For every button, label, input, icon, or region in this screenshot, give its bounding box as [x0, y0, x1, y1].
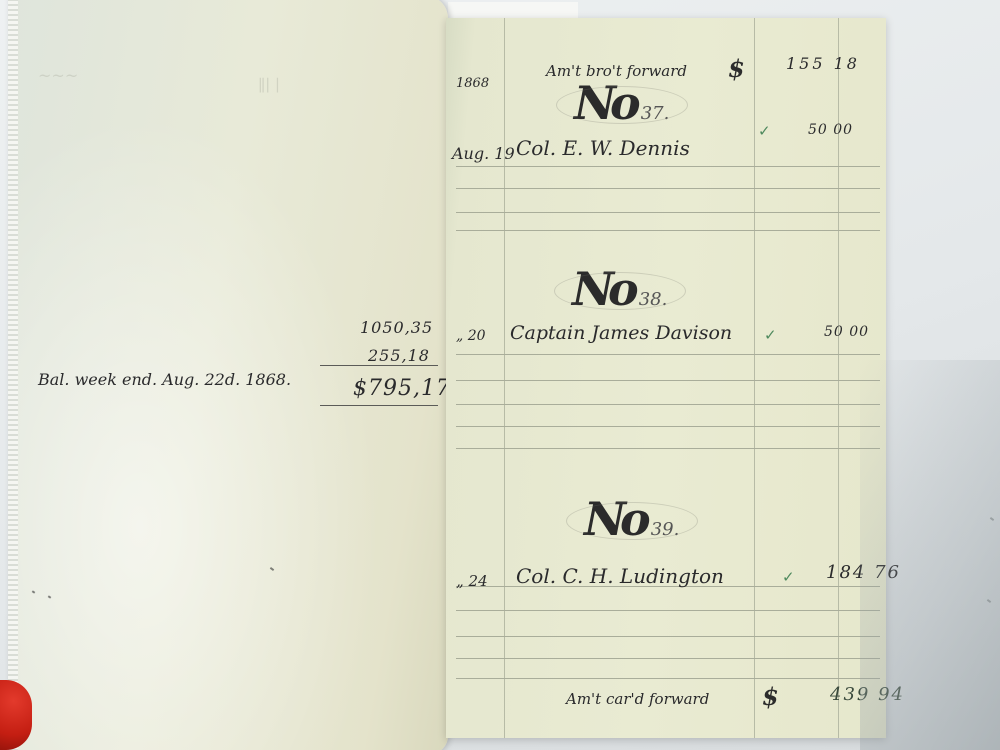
entry-payee: Col. E. W. Dennis	[516, 136, 690, 160]
ink-speck	[270, 567, 274, 571]
balance-rule	[320, 405, 438, 406]
left-ledger-page: ∥∣ ∣ ~~~ 1050,35 255,18 Bal. week end. A…	[8, 0, 448, 750]
date-column-rule	[504, 18, 505, 738]
right-ledger-page: 1868 Am't bro't forward $ 155 18 No37. A…	[446, 18, 886, 738]
carried-forward-label: Am't car'd forward	[566, 690, 709, 708]
balance-amount: $795,17	[353, 376, 451, 401]
cast-shadow	[860, 360, 1000, 750]
ruled-line	[456, 212, 880, 213]
ruled-line	[456, 610, 880, 611]
ruled-line	[456, 426, 880, 427]
entry-date: „ 24	[456, 572, 488, 590]
ruled-line	[456, 636, 880, 637]
ink-speck	[48, 595, 52, 598]
entry-payee: Col. C. H. Ludington	[516, 564, 724, 588]
flourish-oval	[554, 272, 686, 310]
balance-label: Bal. week end. Aug. 22d. 1868.	[38, 370, 291, 389]
ledger-year: 1868	[456, 76, 489, 91]
reconciled-check-icon: ✓	[758, 122, 771, 140]
carried-forward-dollar-sign: $	[762, 682, 779, 711]
entry-number-heading: No38.	[572, 262, 667, 316]
subtotal-amount: 1050,35	[360, 318, 433, 337]
flourish-oval	[556, 86, 688, 124]
entry-date: Aug. 19	[452, 144, 515, 163]
brought-forward-dollar-sign: $	[728, 54, 745, 83]
entry-amount: 50 00	[824, 324, 869, 340]
ruled-line	[456, 166, 880, 167]
bleed-through-mark: ∥∣ ∣	[258, 76, 280, 95]
ruled-line	[456, 448, 880, 449]
entry-number-heading: No39.	[584, 492, 679, 546]
ruled-line	[456, 404, 880, 405]
entry-date: „ 20	[456, 328, 486, 344]
entry-amount: 50 00	[808, 122, 853, 138]
reconciled-check-icon: ✓	[764, 326, 777, 344]
entry-number-heading: No37.	[574, 76, 669, 130]
ruled-line	[456, 658, 880, 659]
check-column-rule	[754, 18, 755, 738]
brought-forward-amount: 155 18	[786, 54, 860, 73]
sum-rule	[320, 365, 438, 366]
reconciled-check-icon: ✓	[782, 568, 795, 586]
ruled-line	[456, 354, 880, 355]
ruled-line	[456, 678, 880, 679]
bleed-through-mark: ~~~	[38, 66, 78, 85]
ink-speck	[32, 590, 36, 593]
entry-payee: Captain James Davison	[510, 322, 732, 344]
ruled-line	[456, 380, 880, 381]
ruled-line	[456, 188, 880, 189]
ruled-line	[456, 230, 880, 231]
deduction-amount: 255,18	[368, 346, 430, 365]
flourish-oval	[566, 502, 698, 540]
